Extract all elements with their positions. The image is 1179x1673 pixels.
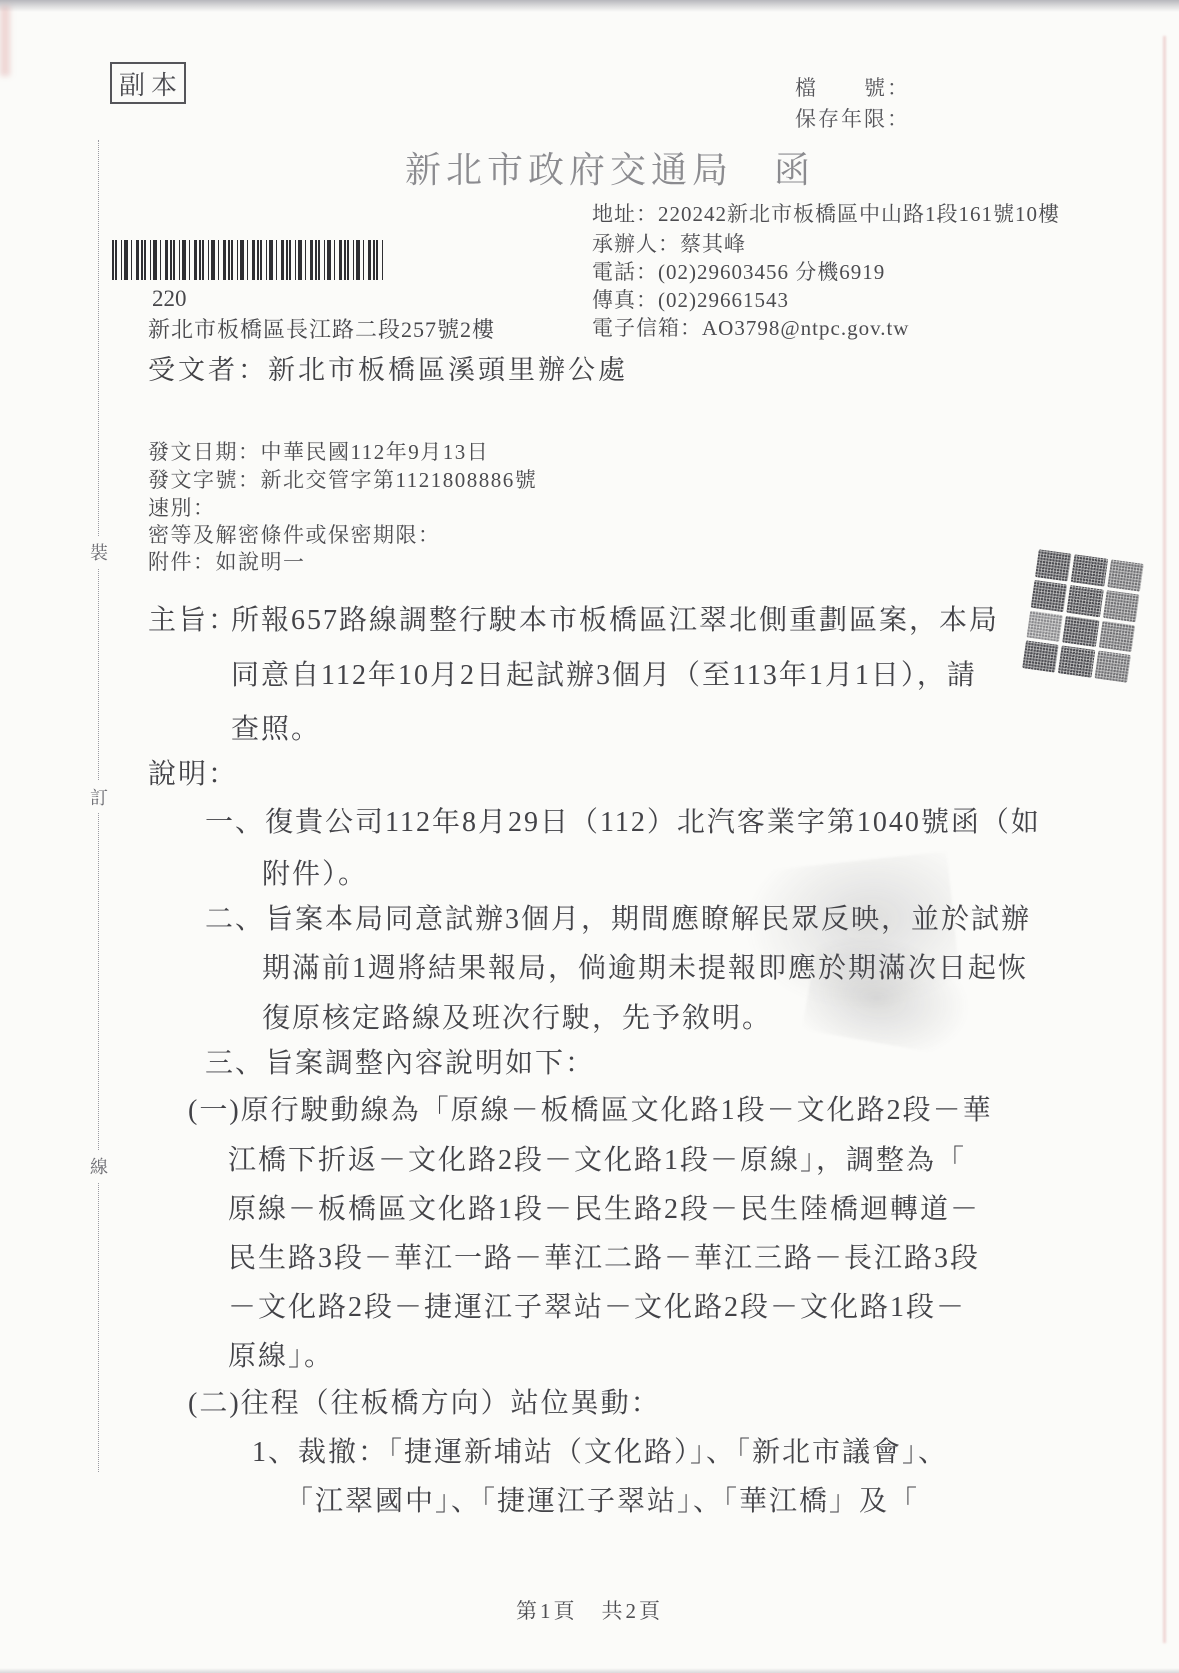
explanation-item-3-1-line: (一)原行駛動線為「原線－板橋區文化路1段－文化路2段－華 xyxy=(188,1088,993,1128)
issue-date: 發文日期：中華民國112年9月13日 xyxy=(148,436,489,466)
subject-line: 查照。 xyxy=(231,707,321,747)
binding-mark: 訂 xyxy=(88,781,110,813)
subject-line: 同意自112年10月2日起試辦3個月（至113年1月1日），請 xyxy=(231,653,977,693)
explanation-item-3-1-line: 江橋下折返－文化路2段－文化路1段－原線」，調整為「 xyxy=(228,1138,966,1178)
subject-line: 所報657路線調整行駛本市板橋區江翠北側重劃區案，本局 xyxy=(231,598,999,638)
explanation-item-3-2-1-line: 1、裁撤：「捷運新埔站（文化路）」、「新北市議會」、 xyxy=(252,1430,948,1470)
security-class: 密等及解密條件或保密期限： xyxy=(148,519,441,549)
recipient-line: 受文者：新北市板橋區溪頭里辦公處 xyxy=(148,348,628,387)
sender-phone: 電話：(02)29603456 分機6919 xyxy=(592,256,885,286)
page-footer: 第1頁 共2頁 xyxy=(0,1595,1179,1625)
explanation-item-3-1-line: －文化路2段－捷運江子翠站－文化路2段－文化路1段－ xyxy=(228,1285,966,1325)
scan-edge-right xyxy=(1163,36,1166,1643)
sender-address: 地址：220242新北市板橋區中山路1段161號10樓 xyxy=(592,198,1060,228)
binding-mark: 裝 xyxy=(88,536,110,568)
scan-edge-corner xyxy=(0,6,10,76)
explanation-item-3-2-line: (二)往程（往板橋方向）站位異動： xyxy=(188,1381,661,1421)
sender-officer: 承辦人：蔡其峰 xyxy=(592,228,746,258)
recipient-zip: 220 xyxy=(152,286,187,312)
explanation-label: 說明： xyxy=(148,752,238,792)
copy-stamp-label: 副本 xyxy=(119,65,183,102)
sender-fax: 傳真：(02)29661543 xyxy=(592,284,789,314)
retention-label: 保存年限： xyxy=(795,103,910,133)
document-title: 新北市政府交通局 函 xyxy=(160,142,1060,193)
scan-edge-bottom xyxy=(0,1668,1179,1673)
speed-class: 速別： xyxy=(148,492,216,522)
explanation-item-2-line: 復原核定路線及班次行駛，先予敘明。 xyxy=(262,996,772,1036)
file-number-label: 檔 號： xyxy=(795,72,910,102)
recipient-street: 新北市板橋區長江路二段257號2樓 xyxy=(148,313,495,344)
official-seal-stamp xyxy=(1022,549,1144,683)
sender-email: 電子信箱：AO3798@ntpc.gov.tw xyxy=(592,312,909,342)
copy-stamp-box: 副本 xyxy=(110,62,186,104)
explanation-item-3-1-line: 原線」。 xyxy=(228,1334,334,1374)
explanation-item-3-1-line: 原線－板橋區文化路1段－民生路2段－民生陸橋迴轉道－ xyxy=(228,1187,980,1227)
scanned-letter-page: 副本 檔 號： 保存年限： 新北市政府交通局 函 地址：220242新北市板橋區… xyxy=(0,0,1179,1673)
doc-number: 發文字號：新北交管字第1121808886號 xyxy=(148,464,537,494)
explanation-item-1-line: 附件）。 xyxy=(262,852,368,892)
explanation-item-1-line: 一、復貴公司112年8月29日（112）北汽客業字第1040號函（如 xyxy=(205,800,1041,840)
faded-stamp-artifact xyxy=(802,921,989,1059)
explanation-item-3-2-1-line: 「江翠國中」、「捷運江子翠站」、「華江橋」及「 xyxy=(285,1479,919,1519)
attachment-note: 附件：如說明一 xyxy=(148,546,306,576)
explanation-item-3-line: 三、旨案調整內容說明如下： xyxy=(205,1041,595,1081)
barcode xyxy=(112,240,384,280)
explanation-item-3-1-line: 民生路3段－華江一路－華江二路－華江三路－長江路3段 xyxy=(228,1236,980,1276)
scan-edge-top xyxy=(0,0,1179,12)
binding-mark: 線 xyxy=(88,1150,110,1182)
subject-label: 主旨： xyxy=(148,598,238,638)
